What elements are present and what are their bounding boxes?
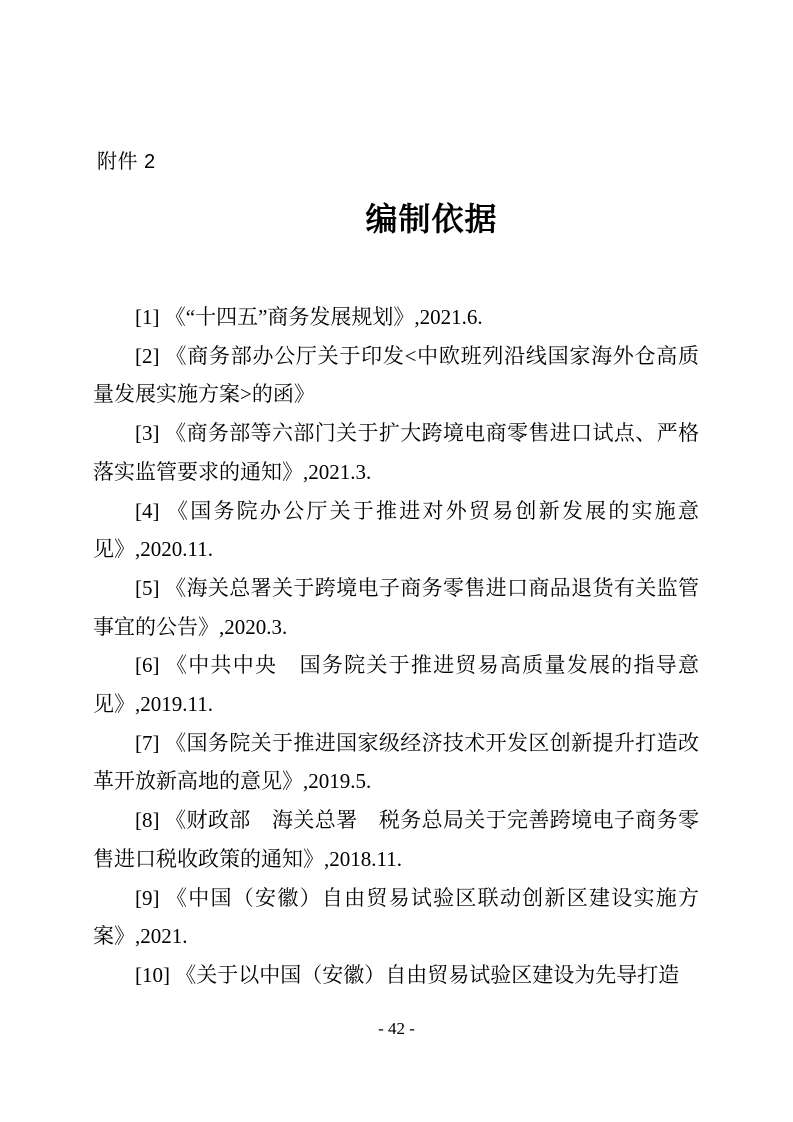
reference-item: [6] 《中共中央 国务院关于推进贸易高质量发展的指导意见》,2019.11. — [93, 646, 699, 723]
reference-label: [8] — [135, 808, 160, 832]
reference-item: [9] 《中国（安徽）自由贸易试验区联动创新区建设实施方案》,2021. — [93, 879, 699, 956]
reference-text: 《国务院关于推进国家级经济技术开发区创新提升打造改革开放新高地的意见》,2019… — [93, 731, 699, 794]
reference-item: [10] 《关于以中国（安徽）自由贸易试验区建设为先导打造 — [93, 956, 699, 995]
reference-text: 《中共中央 国务院关于推进贸易高质量发展的指导意见》,2019.11. — [93, 653, 699, 716]
reference-item: [2] 《商务部办公厅关于印发<中欧班列沿线国家海外仓高质量发展实施方案>的函》 — [93, 337, 699, 414]
reference-item: [4] 《国务院办公厅关于推进对外贸易创新发展的实施意见》,2020.11. — [93, 492, 699, 569]
page-number: - 42 - — [0, 1016, 793, 1042]
page-title: 编制依据 — [128, 196, 735, 242]
reference-label: [7] — [135, 731, 160, 755]
reference-item: [7] 《国务院关于推进国家级经济技术开发区创新提升打造改革开放新高地的意见》,… — [93, 724, 699, 801]
reference-text: 《“十四五”商务发展规划》,2021.6. — [165, 305, 483, 329]
reference-label: [10] — [135, 963, 170, 987]
reference-label: [1] — [135, 305, 160, 329]
attachment-label: 附件 2 — [97, 148, 156, 176]
reference-label: [4] — [135, 499, 160, 523]
reference-text: 《商务部办公厅关于印发<中欧班列沿线国家海外仓高质量发展实施方案>的函》 — [93, 344, 699, 407]
reference-item: [8] 《财政部 海关总署 税务总局关于完善跨境电子商务零售进口税收政策的通知》… — [93, 801, 699, 878]
reference-text: 《国务院办公厅关于推进对外贸易创新发展的实施意见》,2020.11. — [93, 499, 699, 562]
reference-label: [5] — [135, 576, 160, 600]
reference-text: 《海关总署关于跨境电子商务零售进口商品退货有关监管事宜的公告》,2020.3. — [93, 576, 699, 639]
reference-label: [9] — [135, 886, 160, 910]
reference-item: [5] 《海关总署关于跨境电子商务零售进口商品退货有关监管事宜的公告》,2020… — [93, 569, 699, 646]
reference-label: [3] — [135, 421, 160, 445]
reference-item: [1] 《“十四五”商务发展规划》,2021.6. — [93, 298, 699, 337]
reference-text: 《商务部等六部门关于扩大跨境电商零售进口试点、严格落实监管要求的通知》,2021… — [93, 421, 699, 484]
reference-text: 《关于以中国（安徽）自由贸易试验区建设为先导打造 — [175, 963, 679, 987]
reference-label: [2] — [135, 344, 160, 368]
reference-item: [3] 《商务部等六部门关于扩大跨境电商零售进口试点、严格落实监管要求的通知》,… — [93, 414, 699, 491]
document-page: 附件 2 编制依据 [1] 《“十四五”商务发展规划》,2021.6. [2] … — [0, 0, 793, 1122]
reference-text: 《中国（安徽）自由贸易试验区联动创新区建设实施方案》,2021. — [93, 886, 699, 949]
reference-label: [6] — [135, 653, 160, 677]
reference-list: [1] 《“十四五”商务发展规划》,2021.6. [2] 《商务部办公厅关于印… — [93, 298, 699, 995]
reference-text: 《财政部 海关总署 税务总局关于完善跨境电子商务零售进口税收政策的通知》,201… — [93, 808, 699, 871]
